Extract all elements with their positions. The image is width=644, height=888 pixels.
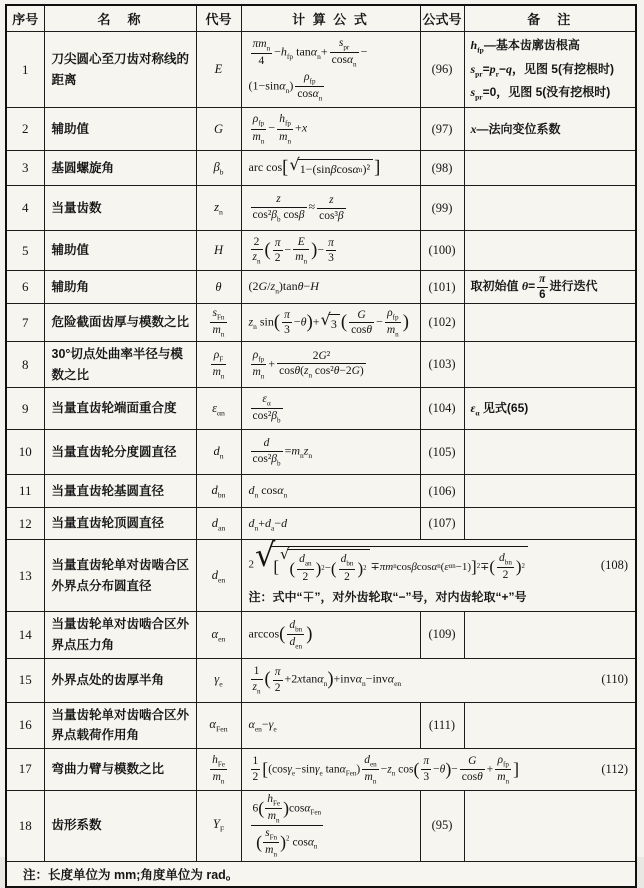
row-no: 16 <box>6 702 44 748</box>
row-formula: 6(hFemn)cosαFen(sFnmn)2 cosαn <box>241 790 420 857</box>
row-no: 2 <box>6 108 44 151</box>
row-formula: εαcos²βb <box>241 388 420 430</box>
table-row: 3 基圆螺旋角 βb arc cos[√1−(sinβcosαn)²] (98) <box>6 151 636 186</box>
table-row: 10 当量直齿轮分度圆直径 dn dcos²βb=mnzn (105) <box>6 430 636 475</box>
row-remark <box>464 304 636 342</box>
table-row: 9 当量直齿轮端面重合度 εαn εαcos²βb (104) εα 见式(65… <box>6 388 636 430</box>
row-remark: 取初始值 θ=π6进行迭代 <box>464 271 636 304</box>
row-no: 10 <box>6 430 44 475</box>
row-symbol: zn <box>196 186 241 231</box>
row-no: 6 <box>6 271 44 304</box>
row-symbol: H <box>196 231 241 271</box>
table-row: 14 当量齿轮单对齿啮合区外界点压力角 αen arccos(dbnden) (… <box>6 612 636 658</box>
row-remark: x—法向变位系数 <box>464 108 636 151</box>
formula-number: (105) <box>420 430 464 475</box>
row-formula: πmn4−hfp tanαn+sprcosαn−(1−sinαn)ρfpcosα… <box>241 32 420 108</box>
row-no: 11 <box>6 475 44 508</box>
formula-expression: 2√[√(dan2)2−(dbn2)2∓πmn cosβcosαn(εαn−1)… <box>249 546 529 584</box>
row-formula: (2G/zn)tanθ−H <box>241 271 420 304</box>
row-symbol: dan <box>196 508 241 540</box>
row-formula: zn sin(π3−θ)+√3(Gcosθ−ρfpmn) <box>241 304 420 342</box>
row-remark <box>464 342 636 388</box>
row-name: 刀尖圆心至刀齿对称线的距离 <box>44 32 196 108</box>
gear-formula-table: 序号 名 称 代号 计 算 公 式 公式号 备 注 1 刀尖圆心至刀齿对称线的距… <box>5 4 637 857</box>
row-symbol: dn <box>196 430 241 475</box>
row-remark <box>464 475 636 508</box>
row-no: 7 <box>6 304 44 342</box>
row-symbol: θ <box>196 271 241 304</box>
formula-number: (110) <box>601 672 632 687</box>
row-formula: 2zn(π2−Emn)−π3 <box>241 231 420 271</box>
row-symbol: γe <box>196 658 241 702</box>
row-no: 13 <box>6 540 44 612</box>
row-name: 30°切点处曲率半径与模数之比 <box>44 342 196 388</box>
row-remark: εα 见式(65) <box>464 388 636 430</box>
row-no: 14 <box>6 612 44 658</box>
table-row: 6 辅助角 θ (2G/zn)tanθ−H (101) 取初始值 θ=π6进行迭… <box>6 271 636 304</box>
formula-number: (96) <box>420 32 464 108</box>
formula-number: (95) <box>420 790 464 857</box>
row-name: 辅助角 <box>44 271 196 304</box>
formula-number: (103) <box>420 342 464 388</box>
row-remark <box>464 790 636 857</box>
row-name: 齿形系数 <box>44 790 196 857</box>
table-row: 12 当量直齿轮顶圆直径 dan dn+da−d (107) <box>6 508 636 540</box>
formula-number: (106) <box>420 475 464 508</box>
row-name: 当量直齿轮单对齿啮合区外界点分布圆直径 <box>44 540 196 612</box>
row-name: 基圆螺旋角 <box>44 151 196 186</box>
row-no: 15 <box>6 658 44 702</box>
table-row: 17 弯曲力臂与模数之比 hFemn 12[(cosγe−sinγe tanαF… <box>6 748 636 790</box>
row-remark <box>464 151 636 186</box>
table-row: 8 30°切点处曲率半径与模数之比 ρFmn ρfpmn+2G²cosθ(zn … <box>6 342 636 388</box>
row-no: 12 <box>6 508 44 540</box>
row-no: 5 <box>6 231 44 271</box>
formula-number: (100) <box>420 231 464 271</box>
table-row: 16 当量齿轮单对齿啮合区外界点载荷作用角 αFen αen−γe (111) <box>6 702 636 748</box>
row-formula: ρfpmn−hfpmn+x <box>241 108 420 151</box>
row-formula: dcos²βb=mnzn <box>241 430 420 475</box>
formula-number: (102) <box>420 304 464 342</box>
table-row: 2 辅助值 G ρfpmn−hfpmn+x (97) x—法向变位系数 <box>6 108 636 151</box>
formula-expression: 12[(cosγe−sinγe tanαFen)denmn−zn cos(π3−… <box>249 753 520 786</box>
row-symbol: dbn <box>196 475 241 508</box>
row-name: 辅助值 <box>44 108 196 151</box>
row-formula: dn cosαn <box>241 475 420 508</box>
table-header-row: 序号 名 称 代号 计 算 公 式 公式号 备 注 <box>6 5 636 32</box>
row-name: 危险截面齿厚与模数之比 <box>44 304 196 342</box>
row-no: 18 <box>6 790 44 857</box>
row-symbol: βb <box>196 151 241 186</box>
row-no: 3 <box>6 151 44 186</box>
formula-number: (109) <box>420 612 464 658</box>
row-no: 17 <box>6 748 44 790</box>
row-symbol: E <box>196 32 241 108</box>
row-symbol: sFnmn <box>196 304 241 342</box>
row-formula: ρfpmn+2G²cosθ(zn cos²θ−2G) <box>241 342 420 388</box>
row-remark <box>464 186 636 231</box>
row-no: 4 <box>6 186 44 231</box>
col-header-symbol: 代号 <box>196 5 241 32</box>
row-formula: arccos(dbnden) <box>241 612 420 658</box>
formula-number: (112) <box>601 762 632 777</box>
table-row: 4 当量齿数 zn zcos²βb cosβ≈zcos³β (99) <box>6 186 636 231</box>
row-name: 弯曲力臂与模数之比 <box>44 748 196 790</box>
formula-number: (107) <box>420 508 464 540</box>
row-remark <box>464 508 636 540</box>
row-symbol: hFemn <box>196 748 241 790</box>
row-remark <box>464 612 636 658</box>
row-remark <box>464 231 636 271</box>
row-name: 辅助值 <box>44 231 196 271</box>
row-remark <box>464 702 636 748</box>
row-no: 8 <box>6 342 44 388</box>
row-symbol: YF <box>196 790 241 857</box>
row-name: 当量直齿轮分度圆直径 <box>44 430 196 475</box>
table-row: 5 辅助值 H 2zn(π2−Emn)−π3 (100) <box>6 231 636 271</box>
row-formula: αen−γe <box>241 702 420 748</box>
formula-number: (104) <box>420 388 464 430</box>
row-symbol: G <box>196 108 241 151</box>
table-row: 18 齿形系数 YF 6(hFemn)cosαFen(sFnmn)2 cosαn… <box>6 790 636 857</box>
row-formula: dn+da−d <box>241 508 420 540</box>
row-symbol: εαn <box>196 388 241 430</box>
row-name: 外界点处的齿厚半角 <box>44 658 196 702</box>
row-formula: 2√[√(dan2)2−(dbn2)2∓πmn cosβcosαn(εαn−1)… <box>241 540 636 612</box>
col-header-no: 序号 <box>6 5 44 32</box>
row-remark: hfp—基本齿廓齿根高spr=pr−q，见图 5(有挖根时)spr=0，见图 5… <box>464 32 636 108</box>
col-header-name: 名 称 <box>44 5 196 32</box>
col-header-remark: 备 注 <box>464 5 636 32</box>
row-formula: zcos²βb cosβ≈zcos³β <box>241 186 420 231</box>
table-row: 13 当量直齿轮单对齿啮合区外界点分布圆直径 den 2√[√(dan2)2−(… <box>6 540 636 612</box>
row-name: 当量直齿轮基圆直径 <box>44 475 196 508</box>
scanned-document-page: 序号 名 称 代号 计 算 公 式 公式号 备 注 1 刀尖圆心至刀齿对称线的距… <box>0 0 644 857</box>
row-formula: 1zn(π2+2xtanαn)+invαn−invαen (110) <box>241 658 636 702</box>
row-symbol: αFen <box>196 702 241 748</box>
formula-number: (98) <box>420 151 464 186</box>
row-no: 1 <box>6 32 44 108</box>
col-header-formula: 计 算 公 式 <box>241 5 420 32</box>
row-no: 9 <box>6 388 44 430</box>
row-name: 当量齿轮单对齿啮合区外界点载荷作用角 <box>44 702 196 748</box>
row-name: 当量齿轮单对齿啮合区外界点压力角 <box>44 612 196 658</box>
formula-number: (108) <box>601 558 632 573</box>
formula-number: (101) <box>420 271 464 304</box>
row-name: 当量直齿轮端面重合度 <box>44 388 196 430</box>
row-formula: 12[(cosγe−sinγe tanαFen)denmn−zn cos(π3−… <box>241 748 636 790</box>
formula-number: (111) <box>420 702 464 748</box>
formula-expression: 1zn(π2+2xtanαn)+invαn−invαen <box>249 664 402 696</box>
formula-footnote: 注：式中“∓”，对外齿轮取“−”号，对内齿轮取“+”号 <box>249 588 633 605</box>
formula-number: (99) <box>420 186 464 231</box>
formula-number: (97) <box>420 108 464 151</box>
table-row: 7 危险截面齿厚与模数之比 sFnmn zn sin(π3−θ)+√3(Gcos… <box>6 304 636 342</box>
col-header-formula-number: 公式号 <box>420 5 464 32</box>
row-name: 当量齿数 <box>44 186 196 231</box>
row-symbol: den <box>196 540 241 612</box>
row-symbol: αen <box>196 612 241 658</box>
row-name: 当量直齿轮顶圆直径 <box>44 508 196 540</box>
table-row: 15 外界点处的齿厚半角 γe 1zn(π2+2xtanαn)+invαn−in… <box>6 658 636 702</box>
row-formula: arc cos[√1−(sinβcosαn)²] <box>241 151 420 186</box>
table-row: 11 当量直齿轮基圆直径 dbn dn cosαn (106) <box>6 475 636 508</box>
row-symbol: ρFmn <box>196 342 241 388</box>
row-remark <box>464 430 636 475</box>
table-row: 1 刀尖圆心至刀齿对称线的距离 E πmn4−hfp tanαn+sprcosα… <box>6 32 636 108</box>
